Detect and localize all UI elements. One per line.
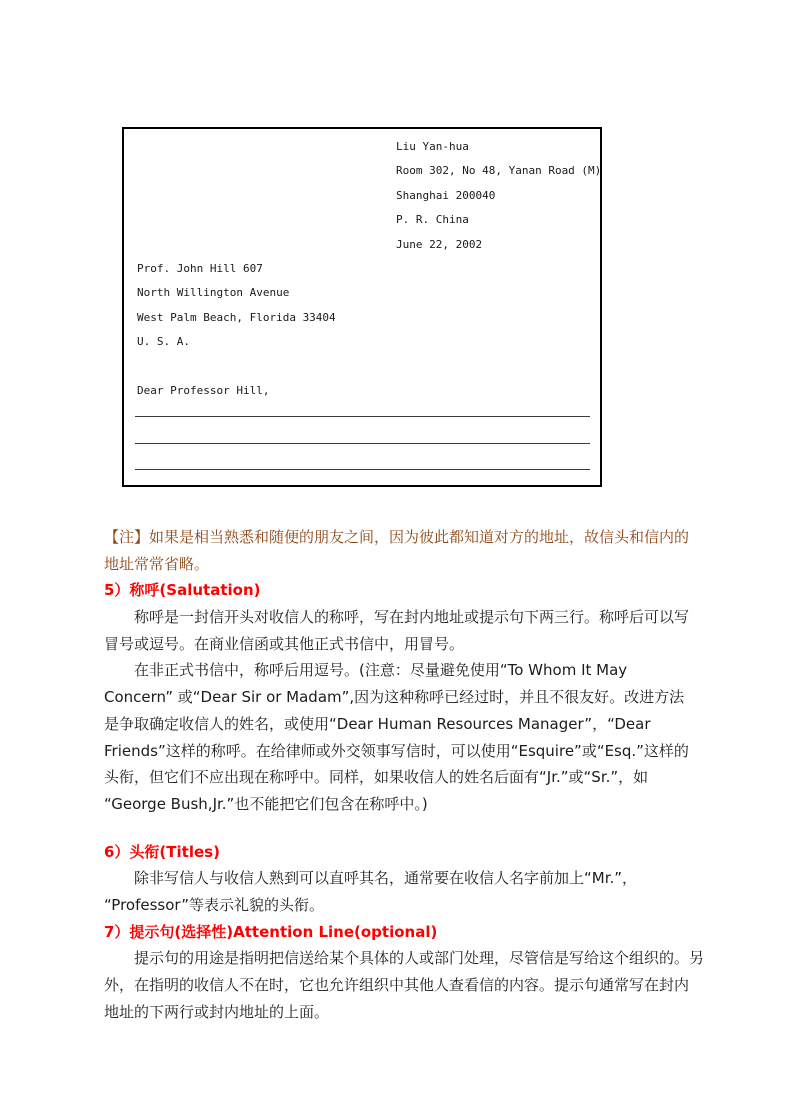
sender-address-block: Liu Yan-hua Room 302, No 48, Yanan Road … xyxy=(396,135,601,257)
salutation-para2-line: Concern” 或“Dear Sir or Madam”,因为这种称呼已经过时… xyxy=(104,684,704,711)
note-paragraph-line: 【注】如果是相当熟悉和随便的朋友之间，因为彼此都知道对方的地址，故信头和信内的 xyxy=(104,524,704,551)
salutation-para1-line: 冒号或逗号。在商业信函或其他正式书信中，用冒号。 xyxy=(104,631,704,658)
recipient-name-line: Prof. John Hill 607 xyxy=(137,257,336,281)
titles-para-line: “Professor”等表示礼貌的头衔。 xyxy=(104,892,704,919)
letter-date-line: June 22, 2002 xyxy=(396,233,601,257)
letter-body-blank-line xyxy=(135,443,590,444)
recipient-city-line: West Palm Beach, Florida 33404 xyxy=(137,306,336,330)
salutation-para1-line: 称呼是一封信开头对收信人的称呼，写在封内地址或提示句下两三行。称呼后可以写 xyxy=(104,604,704,631)
letter-body-blank-line xyxy=(135,416,590,417)
letter-body-blank-line xyxy=(135,469,590,470)
sender-street-line: Room 302, No 48, Yanan Road (M) xyxy=(396,159,601,183)
salutation-para2-line: Friends”这样的称呼。在给律师或外交领事写信时，可以使用“Esquire”… xyxy=(104,738,704,765)
sender-city-line: Shanghai 200040 xyxy=(396,184,601,208)
attention-para-line: 地址的下两行或封内地址的上面。 xyxy=(104,999,704,1026)
document-page: Liu Yan-hua Room 302, No 48, Yanan Road … xyxy=(0,0,792,1120)
recipient-street-line: North Willington Avenue xyxy=(137,281,336,305)
lesson-text: 【注】如果是相当熟悉和随便的朋友之间，因为彼此都知道对方的地址，故信头和信内的 … xyxy=(104,524,704,1025)
sender-name-line: Liu Yan-hua xyxy=(396,135,601,159)
section-heading-attention-line: 7）提示句(选择性)Attention Line(optional) xyxy=(104,919,704,946)
sender-country-line: P. R. China xyxy=(396,208,601,232)
attention-para-line: 提示句的用途是指明把信送给某个具体的人或部门处理，尽管信是写给这个组织的。另 xyxy=(104,945,704,972)
section-heading-titles: 6）头衔(Titles) xyxy=(104,839,704,866)
recipient-country-line: U. S. A. xyxy=(137,330,336,354)
salutation-para2-line: “George Bush,Jr.”也不能把它们包含在称呼中。) xyxy=(104,791,704,818)
recipient-address-block: Prof. John Hill 607 North Willington Ave… xyxy=(137,257,336,355)
note-paragraph-line: 地址常常省略。 xyxy=(104,551,704,578)
attention-para-line: 外，在指明的收信人不在时，它也允许组织中其他人查看信的内容。提示句通常写在封内 xyxy=(104,972,704,999)
salutation-para2-line: 头衔，但它们不应出现在称呼中。同样，如果收信人的姓名后面有“Jr.”或“Sr.”… xyxy=(104,764,704,791)
letter-salutation: Dear Professor Hill, xyxy=(137,379,269,403)
sample-letter-box: Liu Yan-hua Room 302, No 48, Yanan Road … xyxy=(122,127,602,487)
salutation-para2-line: 在非正式书信中，称呼后用逗号。(注意：尽量避免使用“To Whom It May xyxy=(104,657,704,684)
salutation-para2-line: 是争取确定收信人的姓名，或使用“Dear Human Resources Man… xyxy=(104,711,704,738)
titles-para-line: 除非写信人与收信人熟到可以直呼其名，通常要在收信人名字前加上“Mr.”， xyxy=(104,865,704,892)
section-heading-salutation: 5）称呼(Salutation) xyxy=(104,577,704,604)
